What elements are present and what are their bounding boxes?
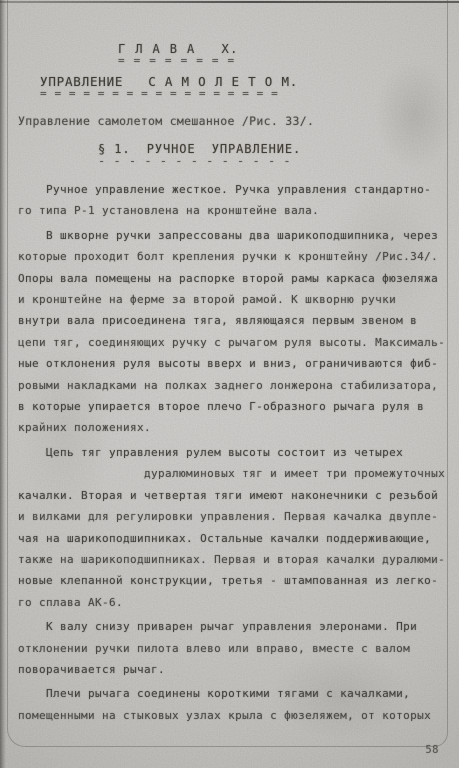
text-line: отклонении ручки пилота влево или вправо… [18,638,453,659]
text-line: Опоры вала помещены на распорке второй р… [18,268,453,289]
text-line: го сплава АК-6. [18,592,453,613]
paragraph-heading-underline: - - - - - - - - - - - - - [98,157,453,166]
section-heading: УПРАВЛЕНИЕ С А М О Л Е Т О М. = = = = = … [18,74,453,98]
text-line: внутри вала присоединена тяга, являющаяс… [18,310,453,331]
text-line: Ручное управление жесткое. Ручка управле… [18,179,453,200]
text-line: Плечи рычага соединены короткими тягами … [18,683,453,704]
text-line: ровыми накладками на полках заднего лонж… [18,375,453,396]
text-line: в которые упирается второе плечо Г-образ… [18,396,453,417]
text-line: чая на шарикоподшипниках. Остальные кача… [18,528,453,549]
text-line: Цепь тяг управления рулем высоты состоит… [18,442,453,463]
scan-top-edge-line [0,1,459,3]
paragraph: В шкворне ручки запрессованы два шарикоп… [18,225,453,439]
paragraph-heading: § 1. РУЧНОЕ УПРАВЛЕНИЕ. - - - - - - - - … [18,142,453,166]
chapter-heading: Г Л А В А Х. = = = = = = = = [18,42,453,65]
text-line: цепи тяг, соединяющих ручку с рычагом ру… [18,332,453,353]
text-line: также на шарикоподшипниках. Первая и вто… [18,549,453,570]
paragraph: Цепь тяг управления рулем высоты состоит… [18,442,453,613]
text-line: В шкворне ручки запрессованы два шарикоп… [18,225,453,246]
paragraph: Ручное управление жесткое. Ручка управле… [18,179,453,222]
subtitle-line: Управление самолетом смешанное /Рис. 33/… [18,111,453,131]
text-line: го типа Р-1 установлена на кронштейне ва… [18,200,453,221]
page-content: Г Л А В А Х. = = = = = = = = УПРАВЛЕНИЕ … [18,42,453,729]
text-line: которые проходит болт крепления ручки к … [18,246,453,267]
text-line: поворачивается рычаг. [18,659,453,680]
text-line: новые клепанной конструкции, третья - шт… [18,570,453,591]
document-body: Ручное управление жесткое. Ручка управле… [18,179,453,726]
chapter-title-underline: = = = = = = = = [118,56,453,65]
text-line: ные отклонения руля высоты вверх и вниз,… [18,353,453,374]
page-number: 58 [425,744,439,756]
paragraph: Плечи рычага соединены короткими тягами … [18,683,453,726]
scan-left-edge-shadow [0,0,6,768]
section-title-underline: = = = = = = = = = = = = = = = = = [40,89,453,98]
text-line: и кронштейне на ферме за второй рамой. К… [18,289,453,310]
paragraph: К валу снизу приварен рычаг управления э… [18,616,453,680]
text-line: качалки. Вторая и четвертая тяги имеют н… [18,485,453,506]
text-line: дуралюминовых тяг и имеет три промежуточ… [18,463,453,484]
text-line: и вилками для регулировки управления. Пе… [18,506,453,527]
scanned-page: Г Л А В А Х. = = = = = = = = УПРАВЛЕНИЕ … [0,0,459,768]
text-line: помещенными на стыковых узлах крыла с фю… [18,705,453,726]
text-line: К валу снизу приварен рычаг управления э… [18,616,453,637]
text-line: крайних положениях. [18,417,453,438]
